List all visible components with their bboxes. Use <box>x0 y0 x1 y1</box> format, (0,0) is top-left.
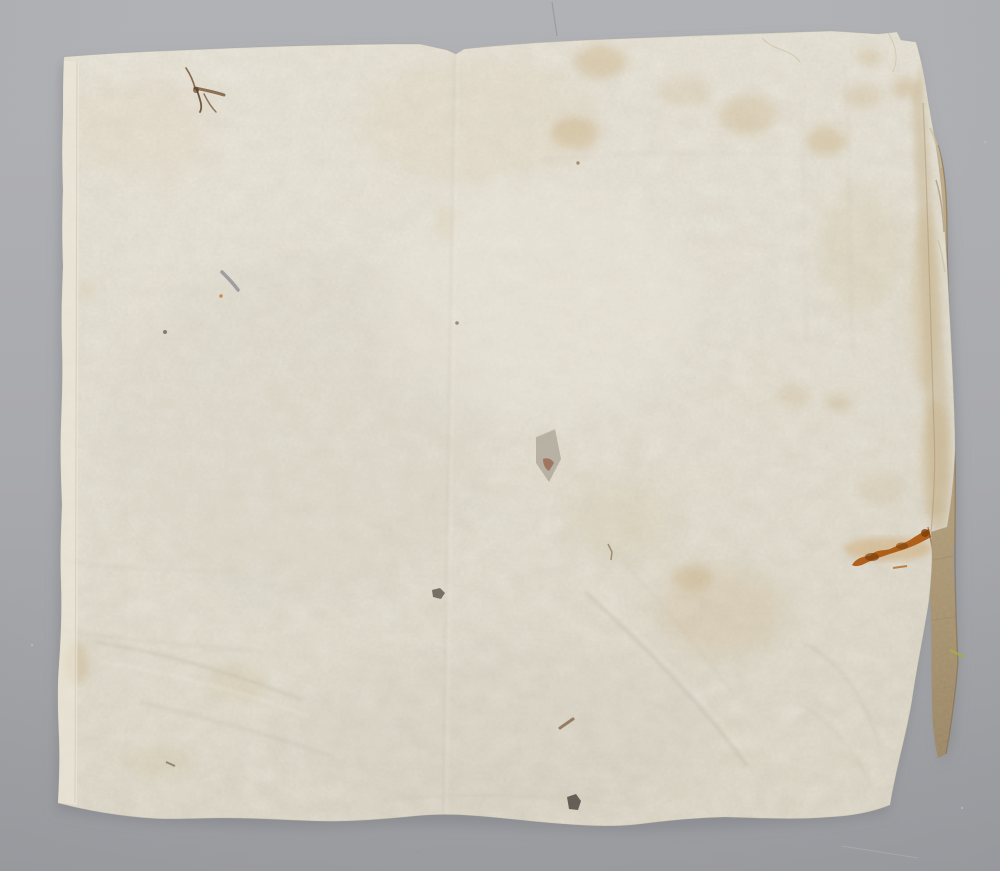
fox-stain <box>551 117 599 149</box>
soft-stain <box>570 480 670 560</box>
fox-stain <box>574 45 626 79</box>
dust-speck <box>417 851 419 853</box>
soft-stain <box>60 80 220 180</box>
speck <box>455 321 459 325</box>
fox-stain <box>126 746 194 778</box>
photo-stage <box>0 0 1000 871</box>
soft-stain <box>818 188 902 312</box>
dust-speck <box>984 141 987 144</box>
fox-stain <box>672 564 712 590</box>
photograph-of-aged-paper <box>0 0 1000 871</box>
fox-stain <box>857 49 881 65</box>
speck <box>576 161 579 164</box>
fox-stain <box>78 283 98 297</box>
fox-stain <box>658 77 710 107</box>
fox-stain <box>844 84 884 108</box>
fox-stain <box>859 475 903 505</box>
twig-knot <box>193 87 199 93</box>
rust-core <box>896 543 908 550</box>
fox-stain <box>777 386 809 406</box>
cool-wash <box>290 650 710 810</box>
speck <box>163 330 167 334</box>
fox-stain <box>826 395 850 411</box>
rust-core <box>865 553 879 561</box>
dust-speck <box>31 644 34 647</box>
fox-stain <box>720 95 776 135</box>
light-wash <box>380 180 700 420</box>
orange-speck <box>219 294 223 298</box>
dust-speck <box>961 807 963 809</box>
rust-core <box>921 529 929 537</box>
paper-surface <box>40 20 970 840</box>
fox-stain <box>806 127 846 155</box>
